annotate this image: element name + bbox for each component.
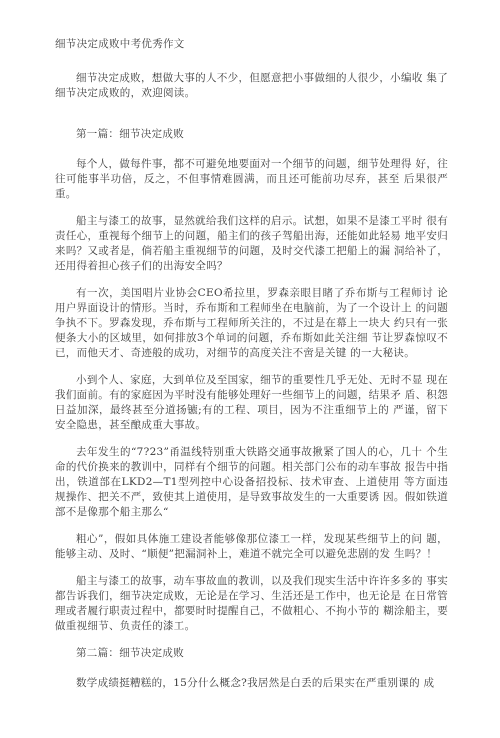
body-paragraph: 小到个人、家庭，大到单位及至国家，细节的重要性几乎无处、无时不显 现在我们面前。… bbox=[55, 373, 448, 433]
body-paragraph: 每个人，做每件事，都不可避免地要面对一个细节的问题，细节处理得 好，往往可能事半… bbox=[55, 157, 448, 202]
body-paragraph: 船主与漆工的故事，显然就给我们这样的启示。试想，如果不是漆工平时 很有责任心，重… bbox=[55, 214, 448, 274]
body-paragraph: 有一次，美国唱片业协会CEO希拉里，罗森亲眼目睹了乔布斯与工程师讨 论用户界面设… bbox=[55, 286, 448, 361]
intro-paragraph: 细节决定成败，想做大事的人不少，但愿意把小事做细的人很少，小编收 集了细节决定成… bbox=[55, 71, 448, 101]
essay-title: 细节决定成败中考优秀作文 bbox=[55, 37, 448, 52]
body-paragraph: 去年发生的“7?23”甬温线特别重大铁路交通事故揪紧了国人的心，几十 个生命的代… bbox=[55, 445, 448, 520]
section-2-heading: 第二篇：细节决定成败 bbox=[55, 646, 448, 661]
section-1-heading: 第一篇：细节决定成败 bbox=[55, 127, 448, 142]
document-page: 细节决定成败中考优秀作文 细节决定成败，想做大事的人不少，但愿意把小事做细的人很… bbox=[0, 0, 500, 738]
body-paragraph: 数学成绩挺糟糕的，15分什么概念?我居然是白丢的后果实在严重别课的 成 bbox=[55, 676, 448, 691]
body-paragraph: 船主与漆工的故事，动车事故血的教训，以及我们现实生活中许许多多的 事实都告诉我们… bbox=[55, 574, 448, 634]
body-paragraph: 粗心”，假如具体施工建设者能够像那位漆工一样，发现某些细节上的问 题，能够主动、… bbox=[55, 532, 448, 562]
